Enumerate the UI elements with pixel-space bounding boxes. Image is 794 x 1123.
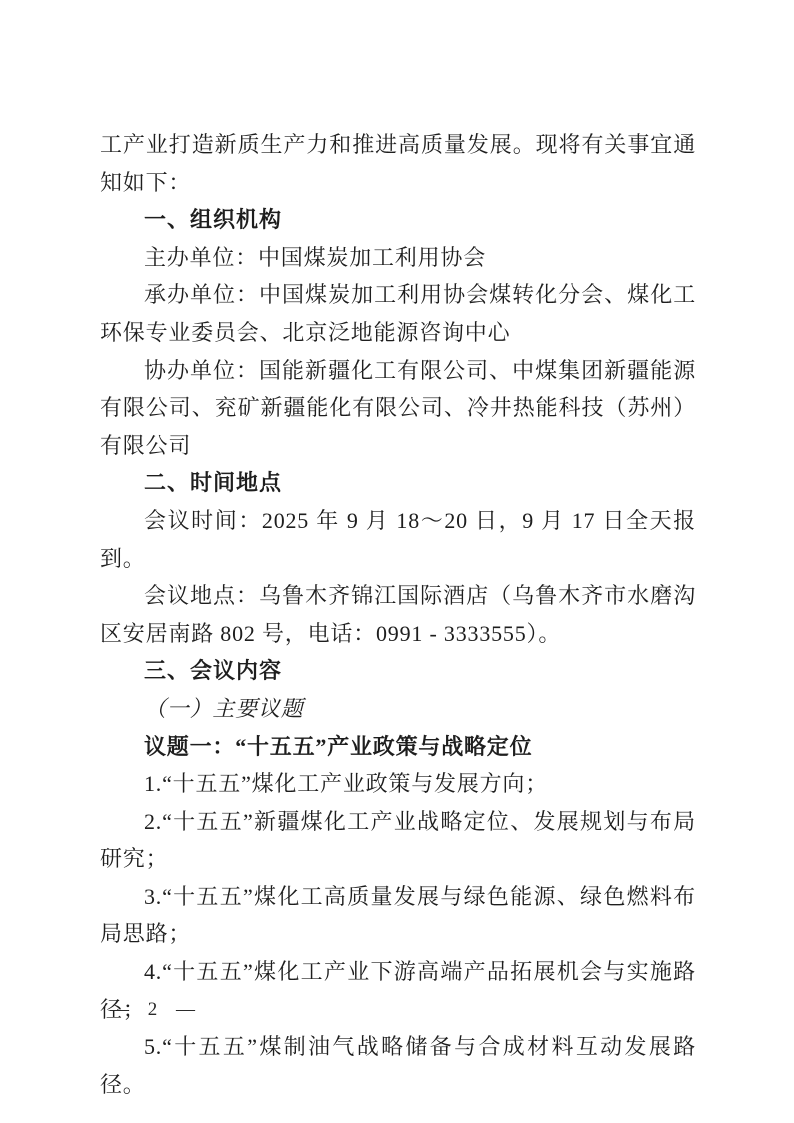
paragraph-topic-1-item-1: 1.“十五五”煤化工产业政策与发展方向； bbox=[100, 765, 696, 803]
document-page: 工产业打造新质生产力和推进高质量发展。现将有关事宜通知如下：一、组织机构主办单位… bbox=[0, 0, 794, 1123]
footer-dash-left: — bbox=[110, 999, 129, 1020]
paragraph-topic-1-title: 议题一：“十五五”产业政策与战略定位 bbox=[100, 728, 696, 766]
page-footer: — 2 — bbox=[110, 998, 195, 1022]
paragraph-section-3-heading: 三、会议内容 bbox=[100, 652, 696, 690]
paragraph-meeting-location: 会议地点：乌鲁木齐锦江国际酒店（乌鲁木齐市水磨沟区安居南路 802 号，电话：0… bbox=[100, 577, 696, 652]
paragraph-meeting-time: 会议时间：2025 年 9 月 18～20 日，9 月 17 日全天报到。 bbox=[100, 502, 696, 577]
paragraph-section-1-heading: 一、组织机构 bbox=[100, 201, 696, 239]
paragraph-subsection-1-heading: （一）主要议题 bbox=[100, 690, 696, 728]
page-number: 2 bbox=[148, 999, 158, 1020]
paragraph-topic-1-item-3: 3.“十五五”煤化工高质量发展与绿色能源、绿色燃料布局思路； bbox=[100, 878, 696, 953]
paragraph-co-organizer-unit: 协办单位：国能新疆化工有限公司、中煤集团新疆能源有限公司、兖矿新疆能化有限公司、… bbox=[100, 352, 696, 465]
paragraph-host-unit: 主办单位：中国煤炭加工利用协会 bbox=[100, 239, 696, 277]
paragraph-topic-1-item-5: 5.“十五五”煤制油气战略储备与合成材料互动发展路径。 bbox=[100, 1028, 696, 1103]
document-body: 工产业打造新质生产力和推进高质量发展。现将有关事宜通知如下：一、组织机构主办单位… bbox=[100, 126, 696, 1103]
paragraph-intro-continuation: 工产业打造新质生产力和推进高质量发展。现将有关事宜通知如下： bbox=[100, 126, 696, 201]
paragraph-section-2-heading: 二、时间地点 bbox=[100, 464, 696, 502]
footer-dash-right: — bbox=[176, 999, 195, 1020]
paragraph-topic-1-item-2: 2.“十五五”新疆煤化工产业战略定位、发展规划与布局研究； bbox=[100, 803, 696, 878]
paragraph-organizer-unit: 承办单位：中国煤炭加工利用协会煤转化分会、煤化工环保专业委员会、北京泛地能源咨询… bbox=[100, 276, 696, 351]
